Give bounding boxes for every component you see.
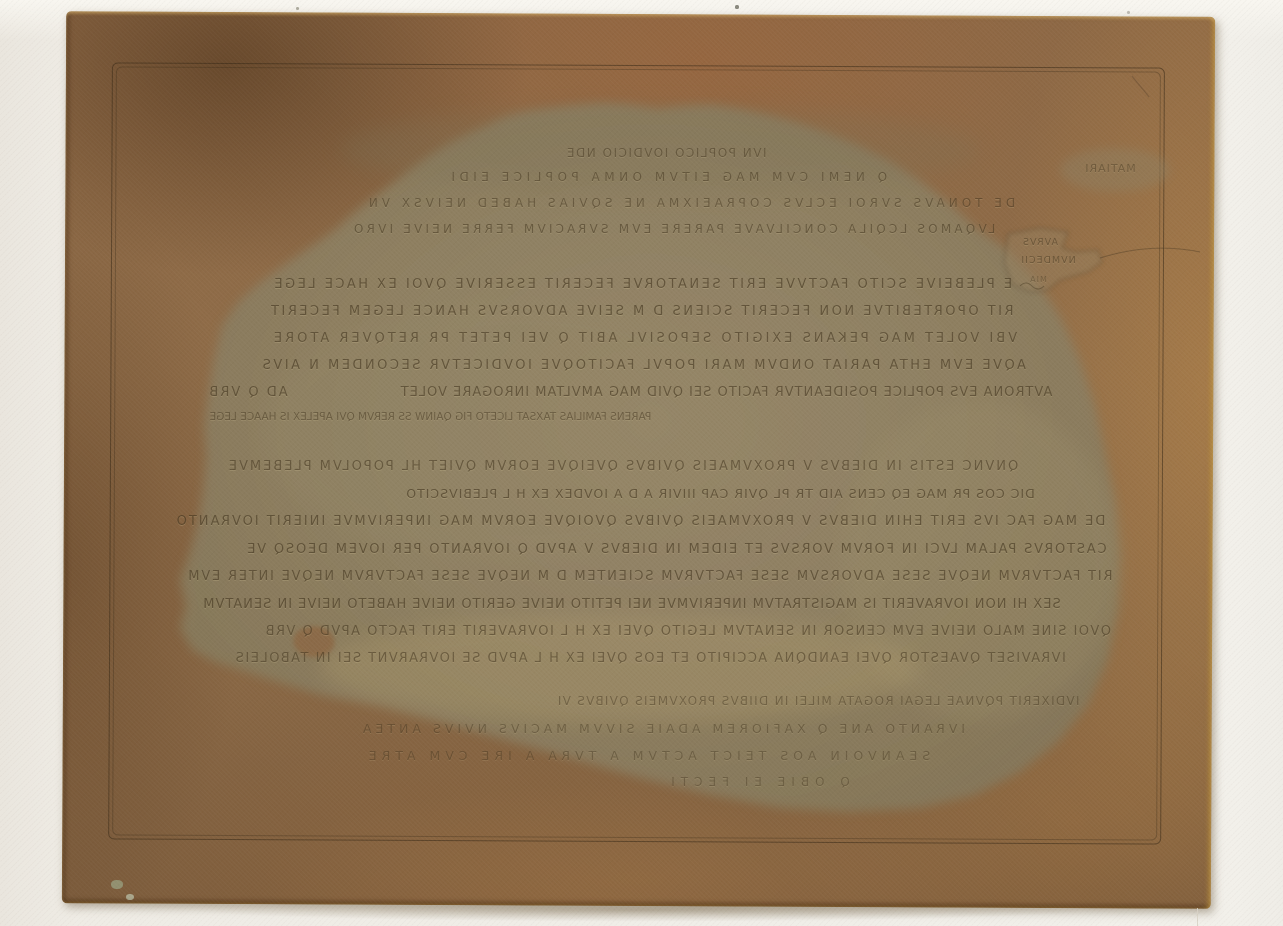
inscription-line: QNVNC ESTIS IN DIEBVS V PROXVMAEIS QVIBV… <box>170 459 1075 474</box>
speck <box>735 5 739 9</box>
inscription-line: RIT FACTVRVM NEQVE SESE ADVORSVM SESE FA… <box>177 569 1122 584</box>
inscription-line: IVN POPLICO IOVDICIO NDE <box>557 146 775 160</box>
inscription-line: DIC COS PR MAG EQ CENS AID TR PL QVIR CA… <box>405 486 1035 501</box>
inscription-line: MATIARI <box>1073 162 1147 175</box>
inscription-line: DE TONAVS SVROI ECLVS COPRAEIXMA NE SQVI… <box>352 196 1028 210</box>
inscription-line: IVDIXERIT PQVNAE LEGAI ROGATA MILEI IN D… <box>533 694 1103 708</box>
inscription-line: RIT OPORTEBITVE NON FECERIT SCIENS D M S… <box>227 304 1055 319</box>
inscription-line: LVQAMOS LCQILA CONCILVAVE PARERE EVM SVR… <box>337 222 1009 236</box>
speck <box>111 880 123 889</box>
inscription-line: SEX HI NON IOVRAVERIT IS MAGISTRATVM INP… <box>183 597 1080 612</box>
inscription-lines: IVN POPLICO IOVDICIO NDEQ NEMI CVM MAG E… <box>0 0 1283 926</box>
inscription-line: NVMDECII <box>1006 255 1090 266</box>
inscription-line: AQVE EVM EHTA PARIAT ONDVM MARI POPVL FA… <box>223 358 1063 373</box>
inscription-line: IVRAVISET QVAESTOR QVEI EANDQNA ACCIPITO… <box>215 651 1085 666</box>
inscription-line: AVRVS <box>1012 237 1068 248</box>
speck <box>1197 908 1198 926</box>
speck <box>126 894 134 900</box>
inscription-line: Q OBIE EI FECTI <box>580 775 935 789</box>
inscription-line: IVRANTO ANE Q XAFIOREM ADAIE SIVVM MACIV… <box>262 721 1062 736</box>
inscription-line: CASTORVS PALAM LVCI IN FORVM VORSVS ET E… <box>232 542 1120 557</box>
inscription-line: SEANVOIN AOS TEICT ACTVM A TVRA A IRE CV… <box>262 748 1032 763</box>
inscription-line: QVOI SINE MALO NEIVE EVM CENSOR IN SENAT… <box>240 624 1135 639</box>
inscription-line: PARENS FAMILIAS TAXSAT LICETO FIG QAINW … <box>198 411 663 423</box>
photograph-of-copper-plate: IVN POPLICO IOVDICIO NDEQ NEMI CVM MAG E… <box>0 0 1283 926</box>
speck <box>296 7 299 10</box>
inscription-line: VBI VOLET MAG PEKANS EXIGITO SEPOSIVL AB… <box>225 331 1063 346</box>
inscription-line: Q NEMI CVM MAG EITVM ONMA POPLICE EIDI <box>428 170 906 184</box>
inscription-line: E PLEBEIVE SCITO FACTVVE ERIT SENATORVE … <box>223 277 1061 292</box>
inscription-line: AVTRONA EVS POPLICE POSIDEANTVR FACITO S… <box>390 385 1062 400</box>
inscription-line: AD Q VRB <box>205 385 290 400</box>
inscription-line: DE MAG FAC IVS ERIT EHIN DIEBVS V PROXVM… <box>150 514 1130 529</box>
speck <box>1127 11 1130 14</box>
